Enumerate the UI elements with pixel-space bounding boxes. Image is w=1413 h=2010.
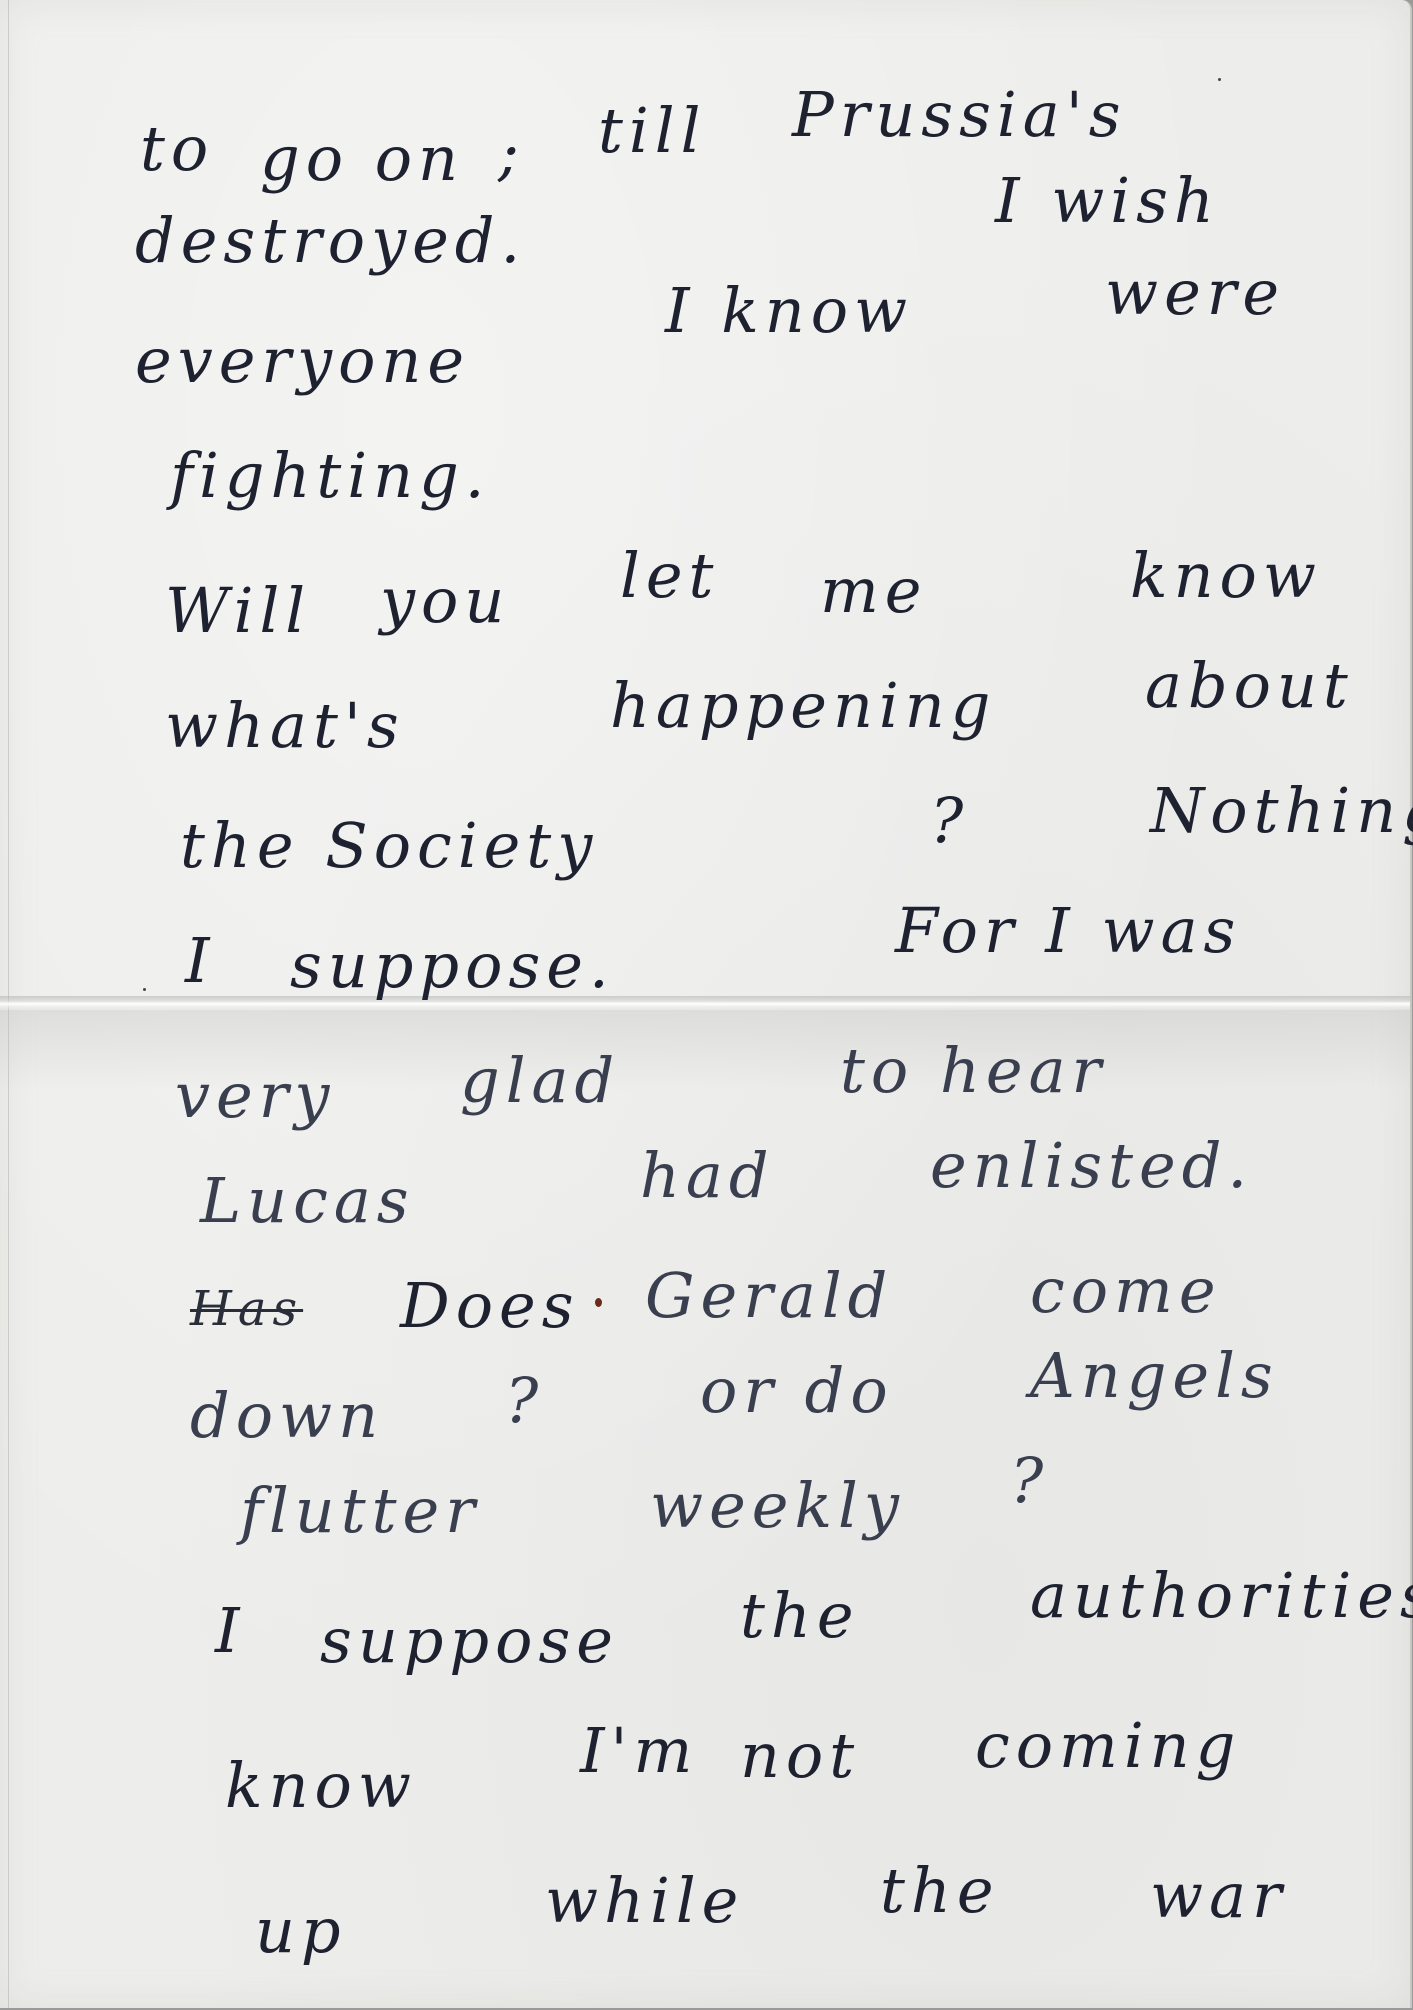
handwriting-word: me [820, 560, 927, 622]
handwriting-word: authorities [1030, 1565, 1413, 1627]
handwriting-word: I wish [995, 170, 1220, 232]
handwriting-word: glad [460, 1050, 620, 1112]
paper-speck [1218, 78, 1221, 81]
handwriting-word: know [225, 1755, 417, 1817]
handwriting-word: For I was [895, 900, 1241, 962]
handwriting-word: the Society [180, 815, 598, 877]
handwriting-word: till [598, 100, 706, 162]
handwriting-word: had [640, 1145, 775, 1207]
handwriting-word: to hear [840, 1040, 1107, 1102]
handwriting-word: I [185, 930, 216, 992]
ink-blot [595, 1298, 602, 1307]
struck-through-word: Has [190, 1285, 303, 1333]
handwriting-word: Does [400, 1275, 580, 1337]
paper-fold-crease [0, 996, 1410, 1010]
handwriting-word: fighting. [170, 445, 490, 507]
handwriting-word: Lucas [200, 1170, 415, 1232]
handwriting-word: about [1145, 655, 1354, 717]
handwriting-word: very [175, 1065, 335, 1127]
handwriting-word: happening [610, 675, 996, 737]
handwriting-word: let [620, 545, 719, 607]
handwriting-word: down [190, 1385, 384, 1447]
handwriting-word: come [1030, 1260, 1222, 1322]
handwriting-word: I know [665, 280, 913, 342]
handwriting-word: Prussia's [792, 84, 1127, 146]
handwriting-word: not [740, 1725, 860, 1787]
handwriting-word: you [380, 570, 510, 632]
handwriting-word: coming [975, 1715, 1241, 1777]
handwriting-word: I [215, 1600, 246, 1662]
handwriting-word: Nothing, [1150, 780, 1413, 842]
handwriting-word: Will [165, 580, 311, 642]
handwriting-word: war [1150, 1865, 1288, 1927]
handwriting-word: destroyed. [135, 210, 526, 272]
handwriting-word: Gerald [645, 1265, 893, 1327]
handwriting-word: the [740, 1585, 860, 1647]
handwriting-punctuation: ? [1010, 1450, 1049, 1512]
handwriting-punctuation: ? [930, 790, 969, 852]
handwriting-word: suppose [320, 1610, 619, 1672]
handwriting-word: I'm [580, 1720, 698, 1782]
handwriting-punctuation: ; [498, 122, 525, 184]
handwriting-word: everyone [135, 330, 470, 392]
handwriting-word: enlisted. [930, 1135, 1253, 1197]
handwriting-word: the [880, 1860, 1000, 1922]
handwriting-word: flutter [240, 1480, 481, 1542]
letter-page: to go on ; till Prussia's destroyed. I w… [0, 0, 1412, 2008]
handwriting-word: weekly [650, 1475, 905, 1537]
handwriting-word: go on [260, 128, 464, 190]
handwriting-word: to [140, 118, 214, 180]
handwriting-word: or do [700, 1360, 894, 1422]
handwriting-word: Angels [1030, 1345, 1279, 1407]
paper-speck [143, 988, 146, 991]
handwriting-word: suppose. [290, 935, 615, 997]
handwriting-word: up [255, 1900, 347, 1962]
handwriting-punctuation: ? [505, 1370, 544, 1432]
handwriting-word: were [1105, 262, 1285, 324]
handwriting-word: know [1130, 545, 1322, 607]
handwriting-word: what's [165, 695, 405, 757]
handwriting-word: while [545, 1870, 744, 1932]
